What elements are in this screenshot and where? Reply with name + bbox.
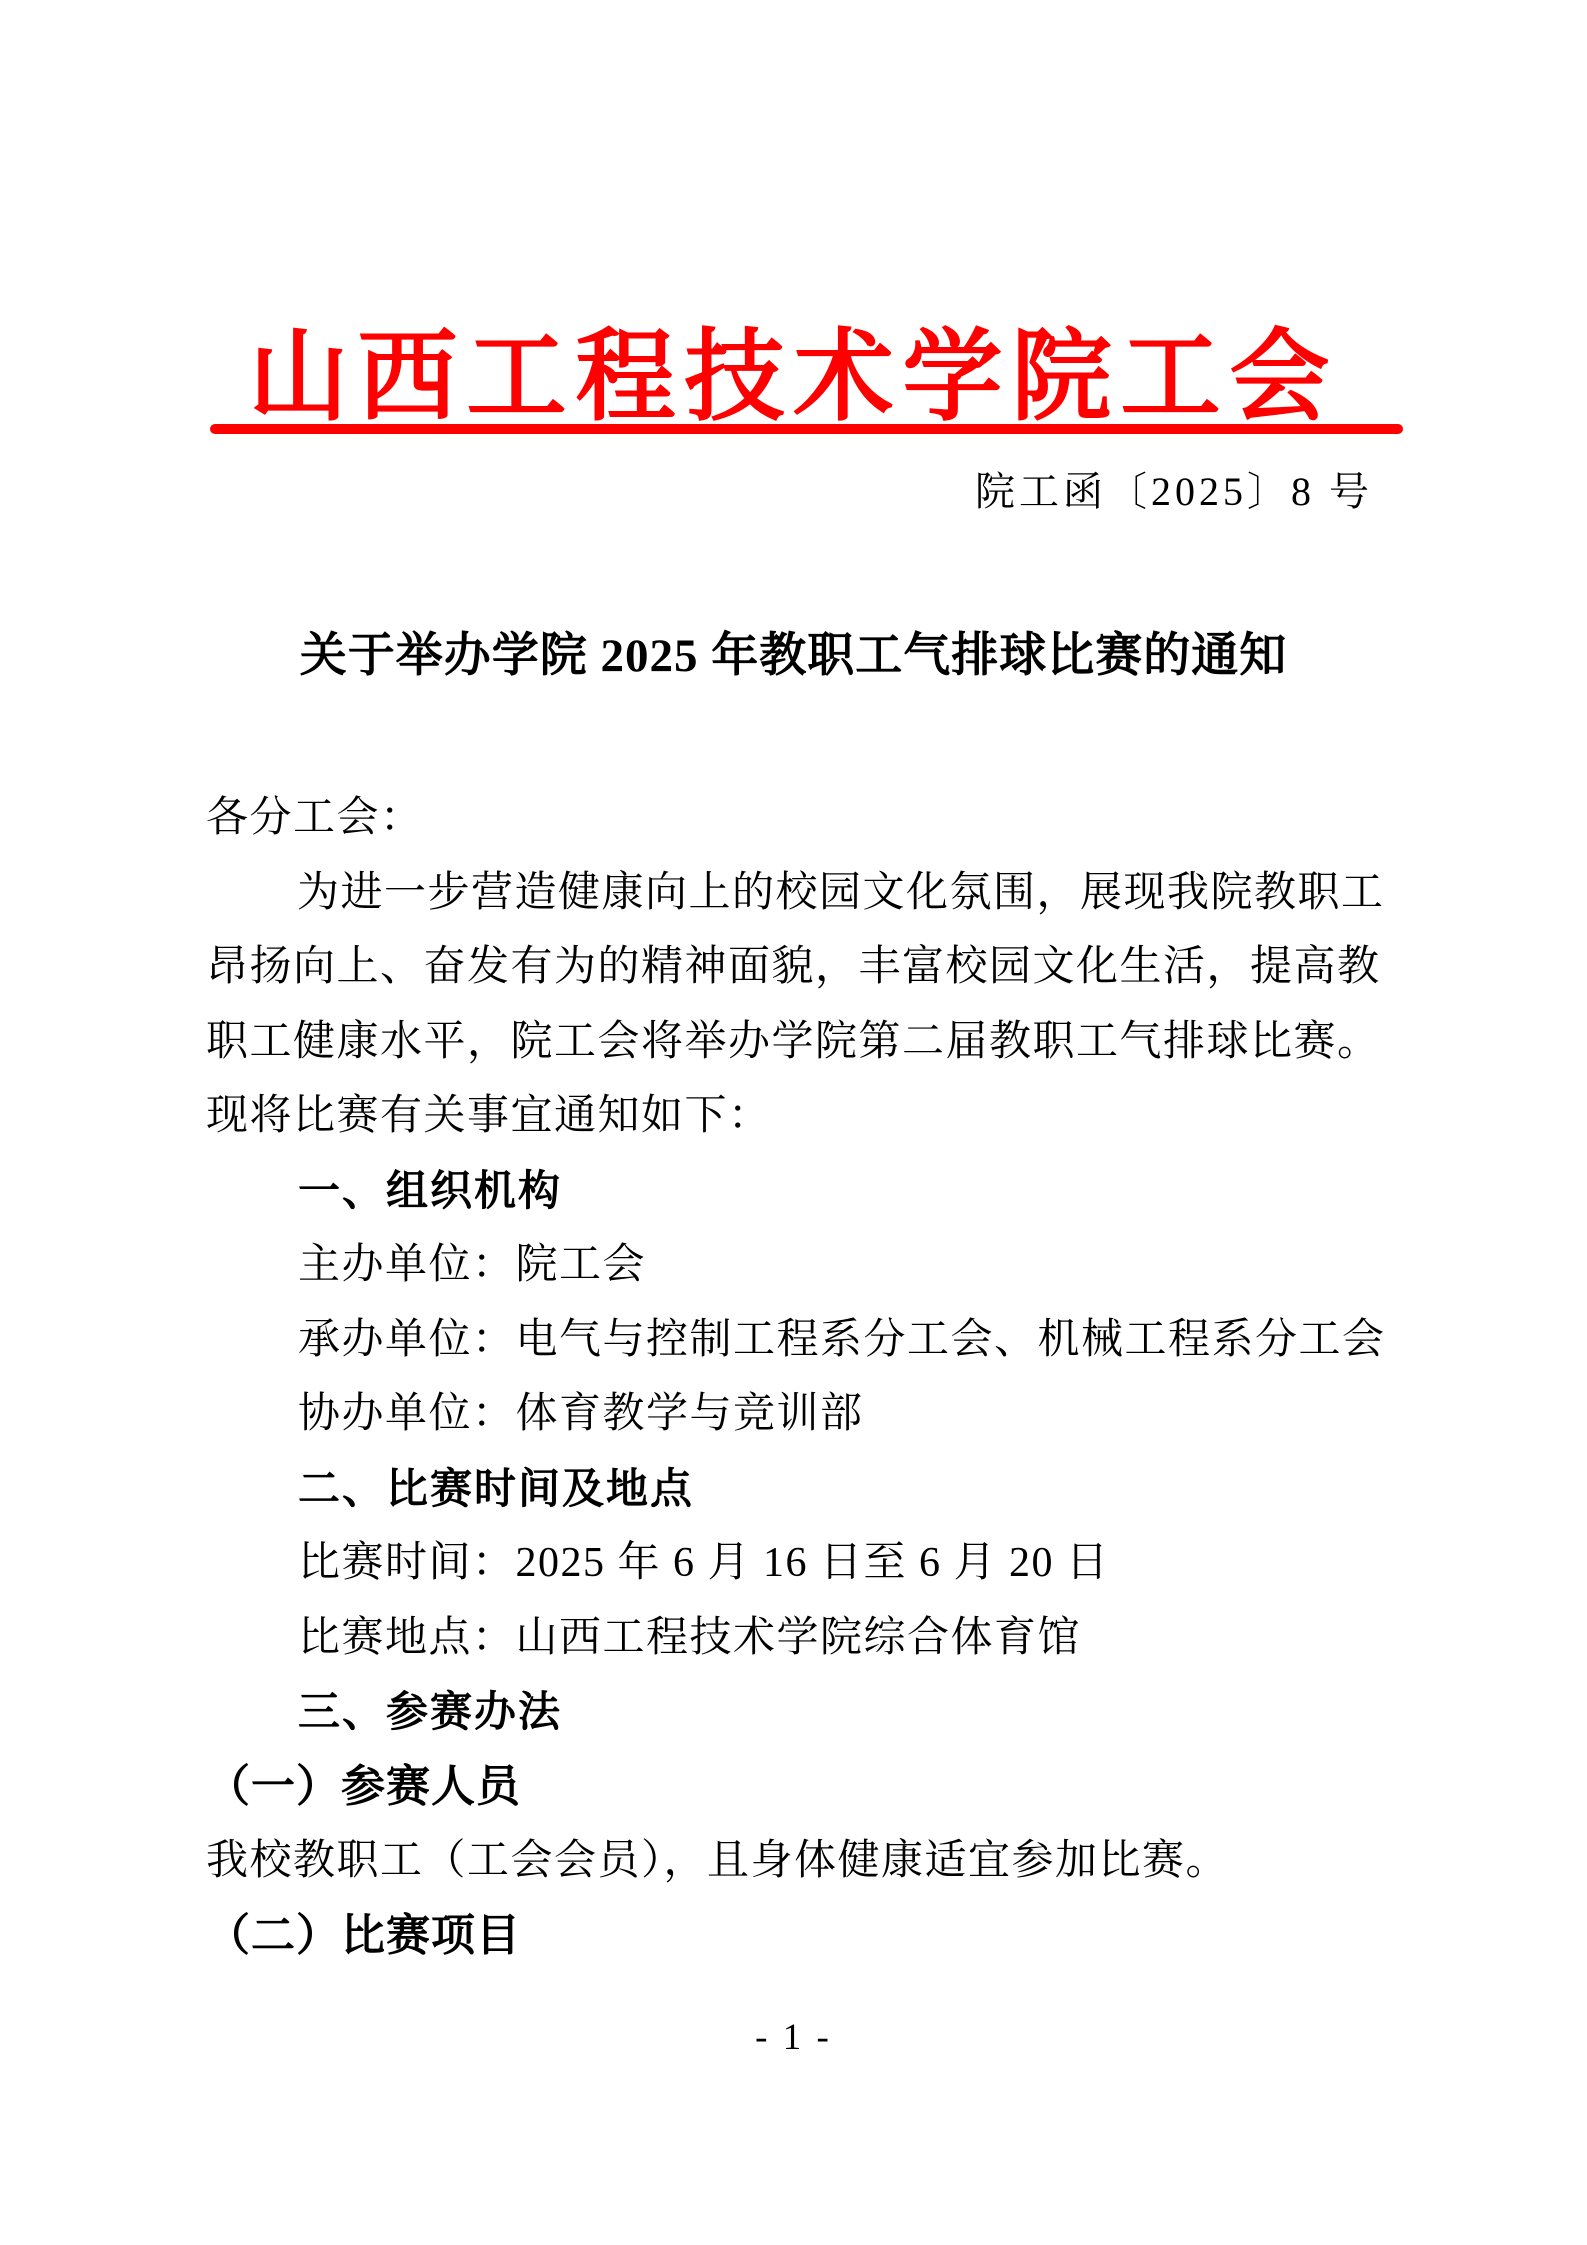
section-heading-3: 三、参赛办法 xyxy=(206,1675,1403,1750)
document-title: 关于举办学院 2025 年教职工气排球比赛的通知 xyxy=(0,618,1587,685)
co-organizer-line: 协办单位：体育教学与竞训部 xyxy=(206,1377,1403,1452)
body-line: 职工健康水平，院工会将举办学院第二届教职工气排球比赛。 xyxy=(206,1005,1403,1080)
letterhead-org-title: 山西工程技术学院工会 xyxy=(0,296,1587,440)
organizer-line: 主办单位：院工会 xyxy=(206,1228,1403,1303)
body-line: 我校教职工（工会会员），且身体健康适宜参加比赛。 xyxy=(206,1824,1403,1899)
body-line: 为进一步营造健康向上的校园文化氛围，展现我院教职工 xyxy=(206,856,1403,931)
page-number: - 1 - xyxy=(0,2016,1587,2059)
subsection-heading-2: （二）比赛项目 xyxy=(206,1899,1403,1974)
document-page: 山西工程技术学院工会 院工函〔2025〕8 号 关于举办学院 2025 年教职工… xyxy=(0,0,1587,2245)
competition-time-line: 比赛时间：2025 年 6 月 16 日至 6 月 20 日 xyxy=(206,1526,1403,1601)
document-number: 院工函〔2025〕8 号 xyxy=(975,460,1373,517)
competition-venue-line: 比赛地点：山西工程技术学院综合体育馆 xyxy=(206,1601,1403,1676)
section-heading-1: 一、组织机构 xyxy=(206,1154,1403,1229)
letterhead-divider-rule xyxy=(210,424,1403,434)
salutation-line: 各分工会： xyxy=(206,781,1403,856)
subsection-heading-1: （一）参赛人员 xyxy=(206,1750,1403,1825)
undertaker-line: 承办单位：电气与控制工程系分工会、机械工程系分工会 xyxy=(206,1303,1403,1378)
body-line: 昂扬向上、奋发有为的精神面貌，丰富校园文化生活，提高教 xyxy=(206,930,1403,1005)
document-body: 各分工会： 为进一步营造健康向上的校园文化氛围，展现我院教职工 昂扬向上、奋发有… xyxy=(206,781,1403,1973)
body-line: 现将比赛有关事宜通知如下： xyxy=(206,1079,1403,1154)
section-heading-2: 二、比赛时间及地点 xyxy=(206,1452,1403,1527)
